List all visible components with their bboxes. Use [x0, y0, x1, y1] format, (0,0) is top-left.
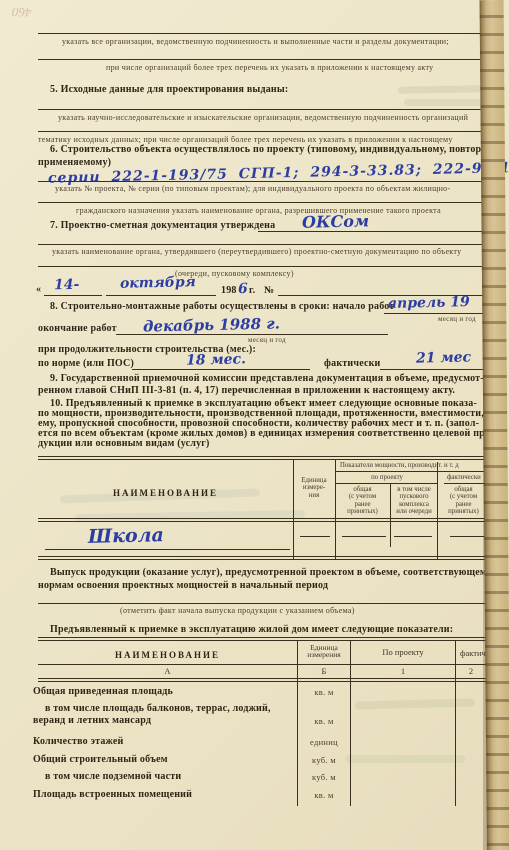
cell-line	[342, 536, 386, 537]
table-border	[38, 456, 488, 457]
rule	[38, 33, 488, 34]
bleed-through-mark	[355, 698, 475, 709]
table-border	[38, 518, 488, 519]
form-note: указать все организации, ведомственную п…	[62, 37, 449, 46]
table-border	[38, 459, 488, 460]
rule	[38, 59, 488, 60]
table-border	[38, 556, 488, 557]
cell-line	[450, 536, 486, 537]
output-line1: Выпуск продукции (оказание услуг), преду…	[50, 567, 487, 578]
indicator-row-label: Площадь встроенных помещений	[33, 789, 192, 800]
handwritten-object-name: Школа	[88, 524, 164, 548]
indicator-row-label: Количество этажей	[33, 736, 123, 747]
section6-line1: 6. Строительство объекта осуществлялось …	[50, 144, 492, 155]
table-border	[293, 459, 294, 559]
table-border	[437, 462, 438, 559]
indicators-project-header: По проекту	[352, 649, 454, 656]
rule	[38, 244, 488, 245]
section5-heading: 5. Исходные данные для проектирования вы…	[50, 84, 288, 95]
handwritten-fact-months: 21 мес	[416, 349, 471, 366]
indicator-row-label: Общий строительный объем	[33, 754, 168, 765]
handwritten-start-date: апрель 19	[388, 294, 470, 312]
form-note: (отметить факт начала выпуска продукции …	[120, 606, 355, 615]
indicator-row-label: в том числе подземной части	[45, 771, 181, 782]
section9-line1: 9. Государственной приемочной комиссии п…	[50, 373, 484, 384]
capacity-col-including: в том числе пускового комплекса или очер…	[392, 486, 436, 516]
capacity-by-project-header: по проекту	[337, 474, 437, 481]
rule	[38, 109, 488, 110]
indicators-name-header: НАИМЕНОВАНИЕ	[38, 650, 297, 660]
field-line	[132, 369, 310, 370]
section7-label: 7. Проектно-сметная документация утвержд…	[50, 220, 275, 231]
section10-line5: дукции или основным видам (услуг)	[38, 438, 210, 449]
table-border	[38, 664, 488, 665]
indicator-row-unit: куб. м	[299, 772, 349, 782]
capacity-col-total1: общая (с учетом ранее принятых)	[337, 486, 388, 516]
form-note: гражданского назначения указать наименов…	[76, 206, 441, 215]
capacity-actual-header: фактически	[447, 474, 481, 481]
indicator-row-unit: кв. м	[299, 716, 349, 726]
form-note: тематику исходных данных; при числе орга…	[38, 135, 453, 144]
section8-fact-label: фактически	[324, 358, 381, 369]
handwritten-series-value: серии 222-1-193/75 СГП-1; 294-3-33.83; 2…	[48, 157, 509, 186]
section6-line2: применяемому)	[38, 157, 111, 168]
capacity-span-header: Показатели мощности, производит. и т. д	[340, 462, 459, 469]
table-border	[38, 681, 488, 682]
indicator-row-label: веранд и летних мансард	[33, 715, 151, 726]
table-border	[335, 483, 437, 484]
margin-number: 460	[12, 4, 32, 21]
form-note: при числе организаций более трех перечен…	[106, 63, 433, 72]
bleed-through-mark	[345, 755, 465, 763]
indicators-unit-header: Единица измерения	[299, 644, 349, 659]
table-border	[38, 637, 488, 638]
indicator-row-unit: куб. м	[299, 755, 349, 765]
rule	[38, 603, 488, 604]
table-border	[390, 483, 391, 547]
form-note: месяц и год	[438, 315, 476, 323]
year-printed: 198	[221, 285, 237, 296]
form-note: указать № проекта, № серии (по типовым п…	[55, 184, 450, 193]
table-border	[335, 471, 488, 472]
indicator-row-unit: кв. м	[299, 687, 349, 697]
capacity-unit-header: Единица измере- ния	[295, 477, 333, 499]
field-line	[116, 334, 388, 335]
section9-line2: ренном главой СНиП III-3-81 (п. 4, 17) п…	[38, 385, 455, 396]
form-note: месяц и год	[248, 336, 286, 344]
table-border	[335, 459, 336, 559]
section8-line1: 8. Строительно-монтажные работы осуществ…	[50, 301, 394, 312]
cell-line	[394, 536, 432, 537]
rule	[38, 202, 488, 203]
col-letter-b: Б	[299, 668, 349, 675]
col-letter-a: А	[38, 668, 297, 675]
indicator-row-unit: единиц	[299, 737, 349, 747]
scanned-act-page: 460 указать все организации, ведомственн…	[0, 0, 509, 850]
section8-norm-label: по норме (или ПОС)	[38, 358, 134, 369]
output-line2: нормам освоения проектных мощностей в на…	[38, 580, 328, 591]
indicator-row-label: Общая приведенная площадь	[33, 686, 173, 697]
number-sign: №	[264, 285, 274, 296]
rule	[38, 266, 488, 267]
output-line3: Предъявленный к приемке в эксплуатацию ж…	[50, 624, 453, 635]
col-number-1: 1	[352, 668, 454, 675]
capacity-col-total2: общая (с учетом ранее принятых)	[440, 486, 487, 516]
indicator-row-unit: кв. м	[299, 790, 349, 800]
table-border	[444, 483, 488, 484]
handwritten-approved-by: ОКСом	[302, 211, 370, 232]
field-line	[258, 231, 488, 232]
bleed-through-mark	[398, 85, 482, 93]
handwritten-end-date: декабрь 1988 г.	[143, 314, 280, 335]
indicator-row-label: в том числе площадь балконов, террас, ло…	[45, 703, 271, 714]
form-note: указать наименование органа, утвердившег…	[52, 247, 461, 256]
table-border	[38, 521, 488, 522]
rule	[38, 131, 488, 132]
handwritten-norm-months: 18 мес.	[186, 351, 246, 368]
open-quote: «	[36, 284, 41, 295]
bleed-through-mark	[404, 99, 482, 106]
handwritten-day: 14-	[54, 277, 80, 294]
table-border	[38, 559, 488, 560]
table-border	[38, 678, 488, 679]
field-line	[380, 369, 488, 370]
field-line	[44, 295, 102, 296]
form-note: указать научно-исследовательские и изыск…	[58, 113, 468, 122]
table-border	[38, 640, 488, 641]
field-line	[38, 181, 488, 182]
cell-line	[300, 536, 330, 537]
handwritten-month: октября	[120, 274, 196, 292]
handwritten-year-digit: 6	[238, 281, 248, 297]
section8-end-label: окончание работ	[38, 323, 117, 334]
capacity-name-header: НАИМЕНОВАНИЕ	[38, 488, 293, 498]
year-unit: г.	[249, 285, 255, 296]
field-line	[106, 295, 216, 296]
field-line	[384, 313, 488, 314]
cell-line	[45, 549, 290, 550]
